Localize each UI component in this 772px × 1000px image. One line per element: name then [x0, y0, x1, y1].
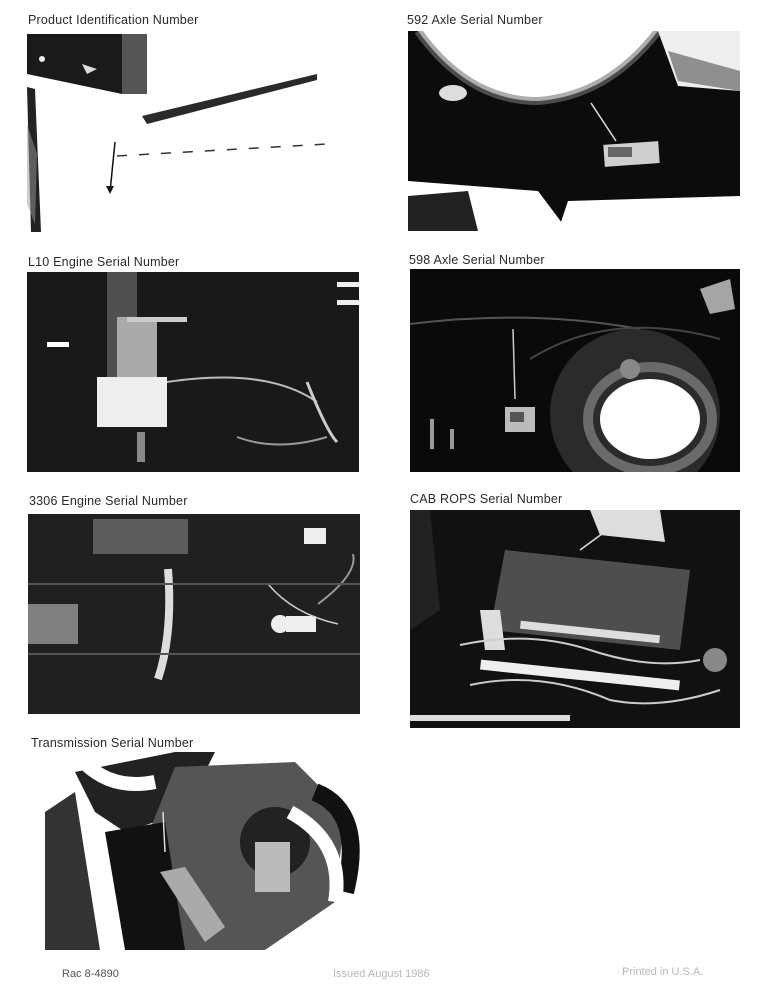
photo-592-axle: [408, 31, 740, 231]
caption-598-axle: 598 Axle Serial Number: [409, 253, 545, 267]
photo-product-id: [27, 34, 357, 232]
photo-3306-engine: [28, 514, 360, 714]
caption-product-id: Product Identification Number: [28, 13, 198, 27]
photo-cab-rops: [410, 510, 740, 728]
footer-printed-in: Printed in U.S.A.: [622, 966, 703, 978]
footer-form-number: Rac 8-4890: [62, 968, 119, 980]
photo-transmission: [45, 752, 363, 950]
caption-transmission: Transmission Serial Number: [31, 736, 193, 750]
caption-l10-engine: L10 Engine Serial Number: [28, 255, 179, 269]
photo-598-axle: [410, 269, 740, 472]
photo-l10-engine: [27, 272, 359, 472]
caption-592-axle: 592 Axle Serial Number: [407, 13, 543, 27]
caption-cab-rops: CAB ROPS Serial Number: [410, 492, 562, 506]
caption-3306-engine: 3306 Engine Serial Number: [29, 494, 188, 508]
footer-issued-date: Issued August 1986: [333, 968, 430, 980]
